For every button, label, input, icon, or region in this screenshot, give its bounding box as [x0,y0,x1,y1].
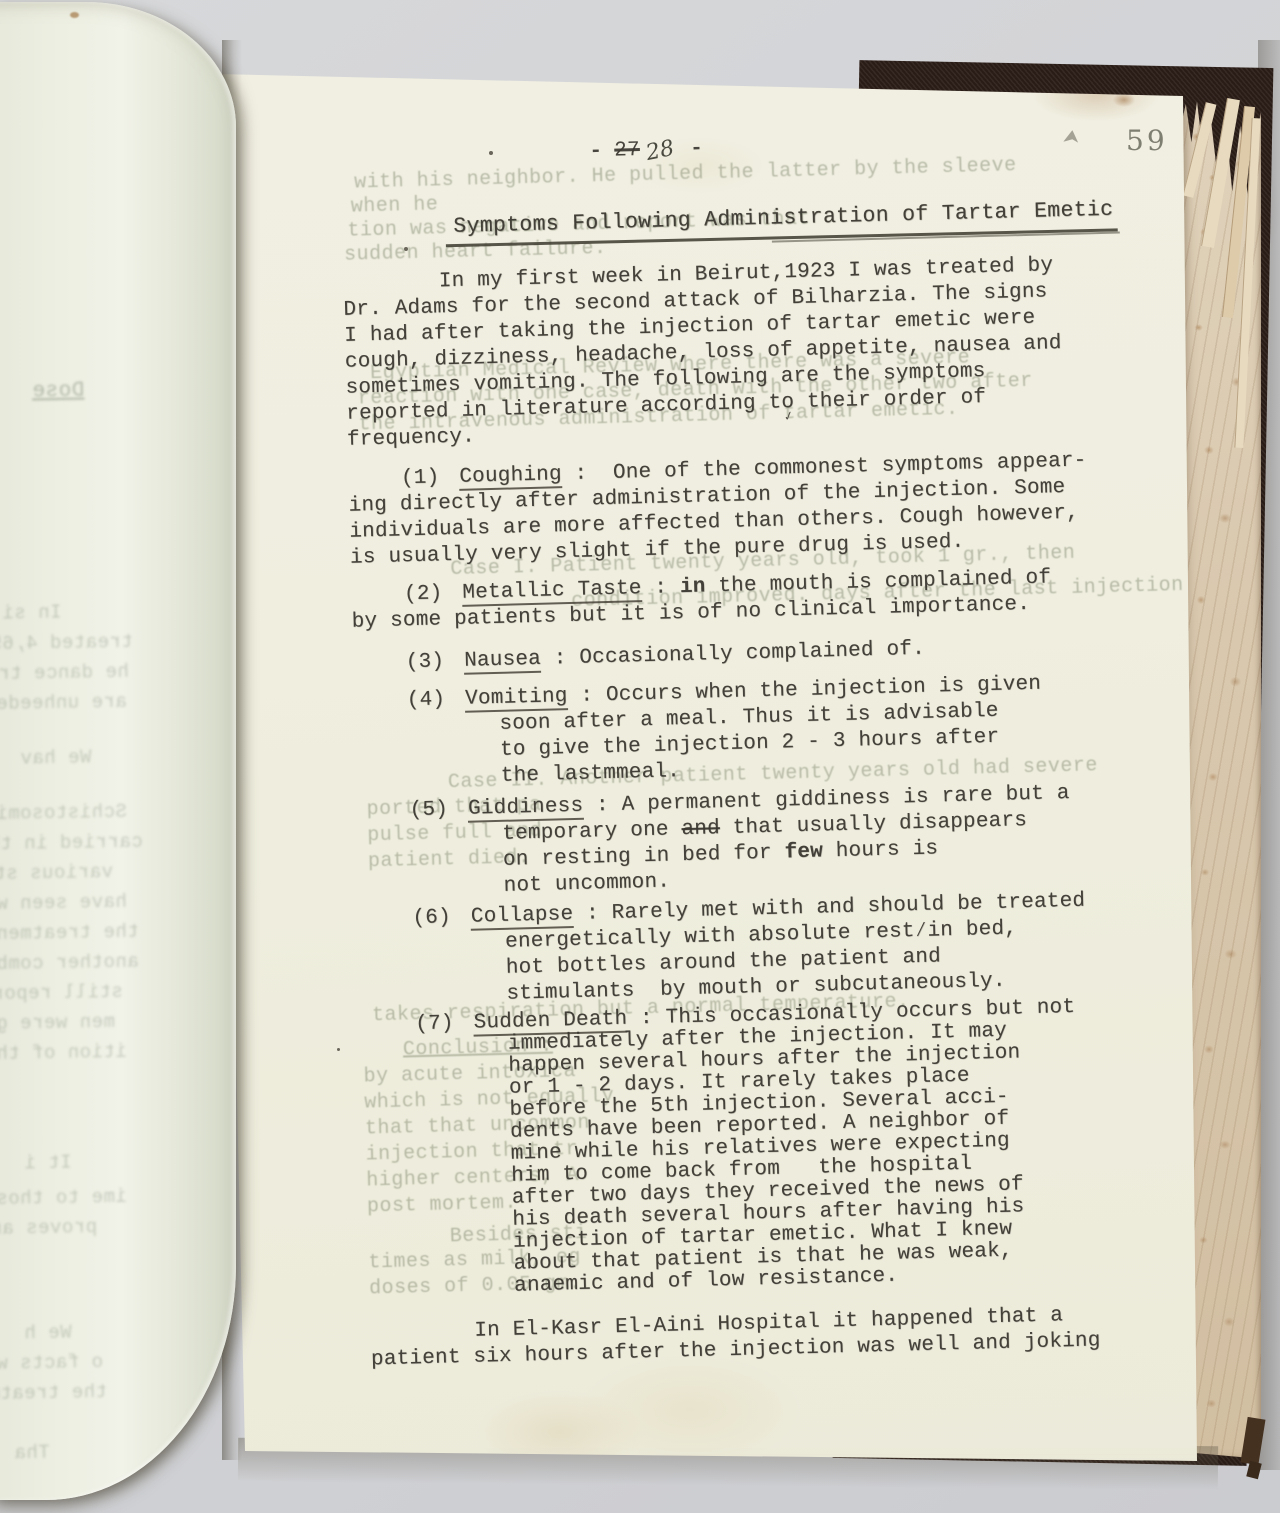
cover-corner-bit [1246,1461,1262,1479]
curled-previous-page: Dose In si treated 4,65 he dance tri are… [0,2,236,1500]
item-number: (6) [412,906,451,930]
item-text: temporary one [502,818,682,846]
item-number: (4) [407,688,446,712]
folio-header: -2728- [589,134,703,163]
mirrored-ghost-line: carried in th [0,831,143,856]
mirrored-ghost-line: In si [2,601,62,624]
curl-stain [70,12,79,18]
closing-paragraph: In El-Kasr El-Aini Hospital it happened … [370,1301,1151,1373]
item-number: (5) [409,798,448,822]
item-sep: : [561,462,613,486]
item-term: Nausea [464,648,541,675]
item-text: on resting in bed for [503,841,785,871]
mirrored-ghost-line: have seen wh [0,891,127,915]
bleedthrough-line: when he [351,193,439,218]
item-term: Collapse [471,903,574,931]
mirrored-ghost-line: still repor [0,981,123,1005]
item-sep: : [541,647,580,671]
item-term: Giddiness [468,795,584,823]
item-term: Vomiting [465,685,568,713]
item-sep: : [641,576,680,600]
mirrored-ghost-line: the treatm [0,1381,107,1405]
intro-paragraph: ✓ In my first week in Beirut,1923 I was … [343,251,1127,453]
mirrored-ghost-line: various st [0,861,113,885]
item-number: (3) [406,650,445,674]
page-number: 59 [1126,124,1168,157]
text-line: (3)Nausea : Occasionally complained of. [353,631,1133,677]
mirrored-ghost-line: he dance tri [0,661,129,685]
item-text: Occasionally complained of. [579,638,925,670]
item-number: (2) [404,582,443,606]
symptom-item-nausea: (3)Nausea : Occasionally complained of. [353,631,1133,677]
item-sep: : [567,684,606,708]
mirrored-ghost-line: Tha [14,1442,50,1465]
overtyped-word: in [680,575,706,599]
symptom-item-coughing: (1)Coughing : One of the commonest sympt… [348,447,1130,571]
typescript: with his neighbor. He pulled the latter … [338,87,1154,1487]
mirrored-ghost-line: It i [24,1152,72,1175]
mirrored-ghost-line: are unheeded [0,691,127,715]
item-sep: : [627,1007,666,1031]
symptom-item-collapse: (6)Collapse : Rarely met with and should… [359,887,1141,1011]
mirrored-ghost-line: We hav [20,746,92,769]
item-text: hours is [823,837,939,863]
item-number: (7) [415,1012,454,1036]
folio-number-struck: 27 [614,139,640,163]
item-sep: : [573,902,612,926]
symptom-item-giddiness: (5)Giddiness : A permanent giddiness is … [356,779,1138,903]
item-number: (1) [401,466,440,490]
struck-word: and [681,817,720,841]
overtyped-word: few [784,840,823,864]
item-sep: : [583,794,622,818]
mirrored-ghost-line: Schistosomia [0,801,127,825]
speck [337,1048,340,1051]
photographed-book-page: 59 with his neighbor. He pulled the latt… [0,0,1280,1513]
folio-dash: - [690,137,703,160]
mirrored-ghost-line: We h [24,1322,72,1345]
mirrored-ghost-line: o facts wh [0,1351,103,1375]
mirrored-ghost-line: men were gi [0,1011,115,1035]
mirrored-ghost-line: the treatment [0,921,139,946]
symptom-item-vomiting: (4)Vomiting : Occurs when the injection … [353,669,1135,793]
mirrored-ghost-line: another combi [0,951,139,976]
mirrored-ghost-line: Dose [32,380,85,404]
folio-number-handwritten: 28 [644,136,677,166]
symptom-item-sudden-death: (7)Sudden Death : This occasionally occu… [362,995,1149,1301]
mirrored-ghost-line: ition of the [0,1041,127,1065]
mirrored-ghost-line: proves an [0,1216,97,1240]
item-term: Coughing [459,463,562,491]
mirrored-ghost-line: treated 4,65 [0,631,133,655]
mirrored-ghost-line: ime to those [0,1186,127,1210]
folio-dash: - [589,140,602,163]
